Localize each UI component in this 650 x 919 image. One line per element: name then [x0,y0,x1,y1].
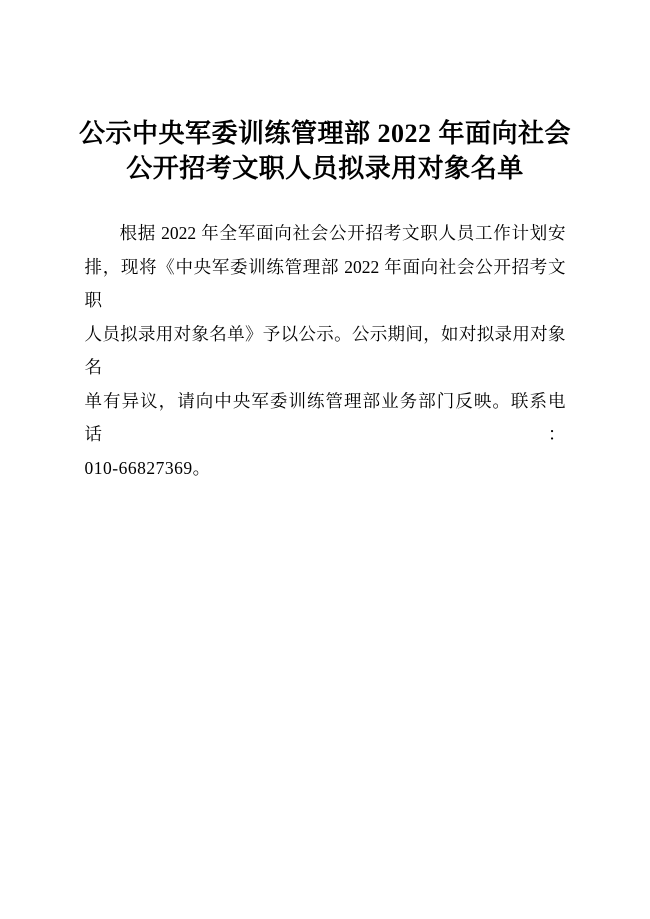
document-body: 根据 2022 年全军面向社会公开招考文职人员工作计划安 排，现将《中央军委训练… [85,217,566,485]
document-page: 公示中央军委训练管理部 2022 年面向社会 公开招考文职人员拟录用对象名单 根… [0,0,650,919]
title-line-2: 公开招考文职人员拟录用对象名单 [40,151,610,186]
document-title: 公示中央军委训练管理部 2022 年面向社会 公开招考文职人员拟录用对象名单 [0,0,650,186]
body-line-phone: 010-66827369。 [85,452,566,486]
body-line: 单有异议，请向中央军委训练管理部业务部门反映。联系电话： [85,385,566,452]
body-line: 根据 2022 年全军面向社会公开招考文职人员工作计划安 [85,217,566,251]
body-line: 人员拟录用对象名单》予以公示。公示期间，如对拟录用对象名 [85,318,566,385]
title-line-1: 公示中央军委训练管理部 2022 年面向社会 [40,116,610,151]
body-line: 排，现将《中央军委训练管理部 2022 年面向社会公开招考文职 [85,251,566,318]
